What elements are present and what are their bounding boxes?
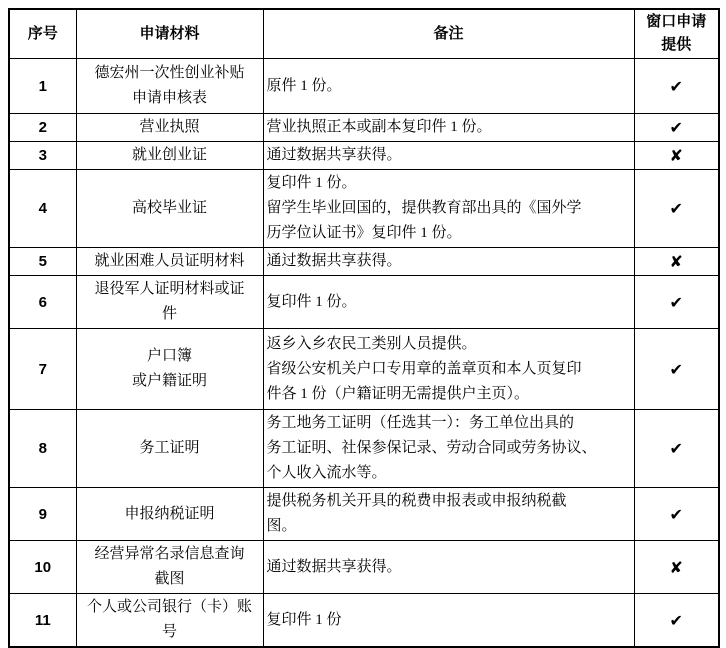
material-cell: 德宏州一次性创业补贴 申请申核表	[76, 59, 263, 114]
material-cell: 就业困难人员证明材料	[76, 248, 263, 276]
table-row: 4 高校毕业证 复印件 1 份。 留学生毕业回国的，提供教育部出具的《国外学 历…	[9, 170, 719, 248]
provided-mark: ✔	[634, 276, 719, 329]
table-row: 8 务工证明 务工地务工证明（任选其一）：务工单位出具的 务工证明、社保参保记录…	[9, 410, 719, 488]
seq-cell: 4	[9, 170, 76, 248]
table-row: 2 营业执照 营业执照正本或副本复印件 1 份。 ✔	[9, 114, 719, 142]
table-row: 7 户口簿 或户籍证明 返乡入乡农民工类别人员提供。 省级公安机关户口专用章的盖…	[9, 329, 719, 410]
table-row: 9 申报纳税证明 提供税务机关开具的税费申报表或申报纳税截 图。 ✔	[9, 488, 719, 541]
provided-mark: ✔	[634, 410, 719, 488]
header-material: 申请材料	[76, 9, 263, 59]
remark-cell: 通过数据共享获得。	[263, 142, 634, 170]
material-cell: 个人或公司银行（卡）账 号	[76, 594, 263, 648]
seq-cell: 8	[9, 410, 76, 488]
provided-mark: ✔	[634, 329, 719, 410]
seq-cell: 6	[9, 276, 76, 329]
provided-mark: ✔	[634, 170, 719, 248]
remark-cell: 通过数据共享获得。	[263, 248, 634, 276]
header-seq: 序号	[9, 9, 76, 59]
provided-mark: ✔	[634, 488, 719, 541]
not-provided-mark: ✘	[634, 142, 719, 170]
seq-cell: 10	[9, 541, 76, 594]
provided-mark: ✔	[634, 594, 719, 648]
material-cell: 退役军人证明材料或证 件	[76, 276, 263, 329]
not-provided-mark: ✘	[634, 541, 719, 594]
provided-mark: ✔	[634, 59, 719, 114]
table-row: 10 经营异常名录信息查询 截图 通过数据共享获得。 ✘	[9, 541, 719, 594]
provided-mark: ✔	[634, 114, 719, 142]
seq-cell: 7	[9, 329, 76, 410]
material-cell: 户口簿 或户籍证明	[76, 329, 263, 410]
not-provided-mark: ✘	[634, 248, 719, 276]
seq-cell: 3	[9, 142, 76, 170]
remark-cell: 复印件 1 份	[263, 594, 634, 648]
remark-cell: 营业执照正本或副本复印件 1 份。	[263, 114, 634, 142]
seq-cell: 9	[9, 488, 76, 541]
remark-cell: 原件 1 份。	[263, 59, 634, 114]
seq-cell: 1	[9, 59, 76, 114]
remark-cell: 通过数据共享获得。	[263, 541, 634, 594]
material-cell: 务工证明	[76, 410, 263, 488]
header-remark: 备注	[263, 9, 634, 59]
material-cell: 就业创业证	[76, 142, 263, 170]
seq-cell: 11	[9, 594, 76, 648]
header-row: 序号 申请材料 备注 窗口申请 提供	[9, 9, 719, 59]
remark-cell: 复印件 1 份。 留学生毕业回国的，提供教育部出具的《国外学 历学位认证书》复印…	[263, 170, 634, 248]
remark-cell: 提供税务机关开具的税费申报表或申报纳税截 图。	[263, 488, 634, 541]
table-row: 5 就业困难人员证明材料 通过数据共享获得。 ✘	[9, 248, 719, 276]
remark-cell: 务工地务工证明（任选其一）：务工单位出具的 务工证明、社保参保记录、劳动合同或劳…	[263, 410, 634, 488]
table-row: 11 个人或公司银行（卡）账 号 复印件 1 份 ✔	[9, 594, 719, 648]
material-cell: 营业执照	[76, 114, 263, 142]
table-row: 3 就业创业证 通过数据共享获得。 ✘	[9, 142, 719, 170]
material-cell: 经营异常名录信息查询 截图	[76, 541, 263, 594]
remark-cell: 复印件 1 份。	[263, 276, 634, 329]
seq-cell: 2	[9, 114, 76, 142]
header-window-provided: 窗口申请 提供	[634, 9, 719, 59]
application-materials-table: 序号 申请材料 备注 窗口申请 提供 1 德宏州一次性创业补贴 申请申核表 原件…	[8, 8, 720, 648]
seq-cell: 5	[9, 248, 76, 276]
remark-cell: 返乡入乡农民工类别人员提供。 省级公安机关户口专用章的盖章页和本人页复印 件各 …	[263, 329, 634, 410]
material-cell: 高校毕业证	[76, 170, 263, 248]
table-row: 1 德宏州一次性创业补贴 申请申核表 原件 1 份。 ✔	[9, 59, 719, 114]
table-row: 6 退役军人证明材料或证 件 复印件 1 份。 ✔	[9, 276, 719, 329]
material-cell: 申报纳税证明	[76, 488, 263, 541]
